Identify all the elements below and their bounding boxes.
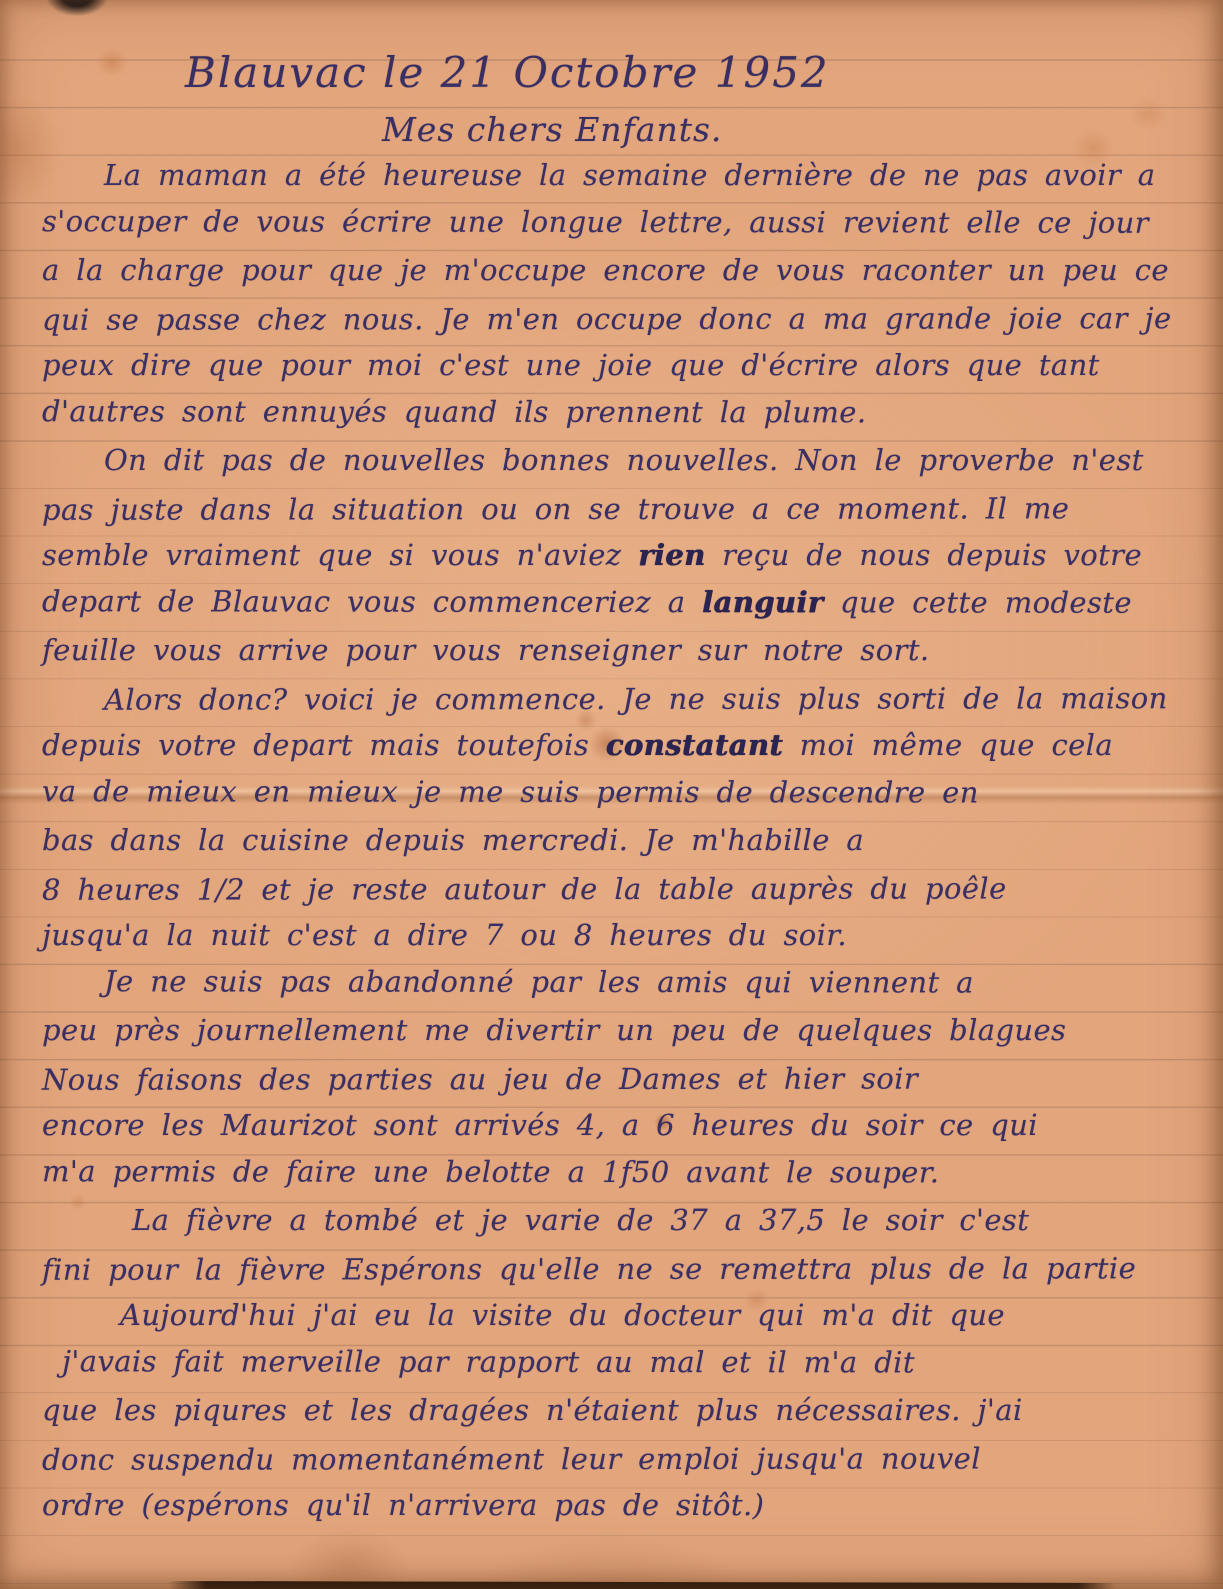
emphasized-word: rien	[638, 538, 705, 572]
letter-line-segment: semble vraiment que si vous n'aviez	[42, 538, 638, 572]
letter-line: jusqu'a la nuit c'est a dire 7 ou 8 heur…	[42, 912, 1199, 960]
letter-line: bas dans la cuisine depuis mercredi. Je …	[42, 817, 1199, 865]
letter-line: La maman a été heureuse la semaine derni…	[42, 152, 1199, 200]
letter-line: donc suspendu momentanément leur emploi …	[42, 1435, 1199, 1484]
letter-line: s'occuper de vous écrire une longue lett…	[42, 198, 1199, 247]
letter-line: Je ne suis pas abandonné par les amis qu…	[42, 958, 1199, 1007]
letter-line: j'avais fait merveille par rapport au ma…	[42, 1338, 1199, 1387]
letter-line: a la charge pour que je m'occupe encore …	[42, 247, 1199, 295]
letter-body: La maman a été heureuse la semaine derni…	[42, 152, 1199, 1530]
letter-line: feuille vous arrive pour vous renseigner…	[42, 627, 1199, 675]
letter-line: peu près journellement me divertir un pe…	[42, 1007, 1199, 1055]
letter-line: depuis votre depart mais toutefois const…	[42, 722, 1199, 770]
letter-dateline: Blauvac le 21 Octobre 1952	[185, 48, 830, 97]
letter-line: Nous faisons des parties au jeu de Dames…	[42, 1055, 1199, 1104]
letter-line: On dit pas de nouvelles bonnes nouvelles…	[42, 437, 1199, 485]
letter-line: encore les Maurizot sont arrivés 4, a 6 …	[42, 1102, 1199, 1150]
emphasized-word: constatant	[606, 728, 783, 762]
letter-line: La fièvre a tombé et je varie de 37 a 37…	[42, 1197, 1199, 1245]
letter-line-segment: depart de Blauvac vous commenceriez a	[42, 584, 702, 619]
letter-line: peux dire que pour moi c'est une joie qu…	[42, 342, 1199, 390]
letter-line-segment: reçu de nous depuis votre	[706, 538, 1143, 572]
scan-artifact-corner	[46, 0, 108, 16]
letter-line: Aujourd'hui j'ai eu la visite du docteur…	[42, 1292, 1199, 1340]
letter-line-segment: depuis votre depart mais toutefois	[42, 728, 606, 762]
letter-line: qui se passe chez nous. Je m'en occupe d…	[42, 295, 1199, 344]
letter-line: va de mieux en mieux je me suis permis d…	[42, 768, 1199, 817]
letter-line: ordre (espérons qu'il n'arrivera pas de …	[42, 1482, 1199, 1530]
letter-line: m'a permis de faire une belotte a 1f50 a…	[42, 1148, 1199, 1197]
letter-line-segment: que cette modeste	[823, 585, 1132, 619]
letter-line: Alors donc? voici je commence. Je ne sui…	[42, 675, 1199, 724]
letter-line: fini pour la fièvre Espérons qu'elle ne …	[42, 1245, 1199, 1294]
letter-line: semble vraiment que si vous n'aviez rien…	[42, 532, 1199, 580]
letter-line: depart de Blauvac vous commenceriez a la…	[42, 578, 1199, 627]
letter-line-segment: moi même que cela	[783, 728, 1113, 762]
letter-salutation: Mes chers Enfants.	[382, 110, 722, 149]
emphasized-word: languir	[702, 585, 823, 619]
letter-line: d'autres sont ennuyés quand ils prennent…	[42, 388, 1199, 437]
page-bottom-edge	[168, 1581, 1116, 1589]
letter-line: que les piqures et les dragées n'étaient…	[42, 1387, 1199, 1435]
letter-line: 8 heures 1/2 et je reste autour de la ta…	[42, 865, 1199, 914]
letter-page: Blauvac le 21 Octobre 1952 Mes chers Enf…	[0, 0, 1223, 1589]
letter-line: pas juste dans la situation ou on se tro…	[42, 485, 1199, 534]
